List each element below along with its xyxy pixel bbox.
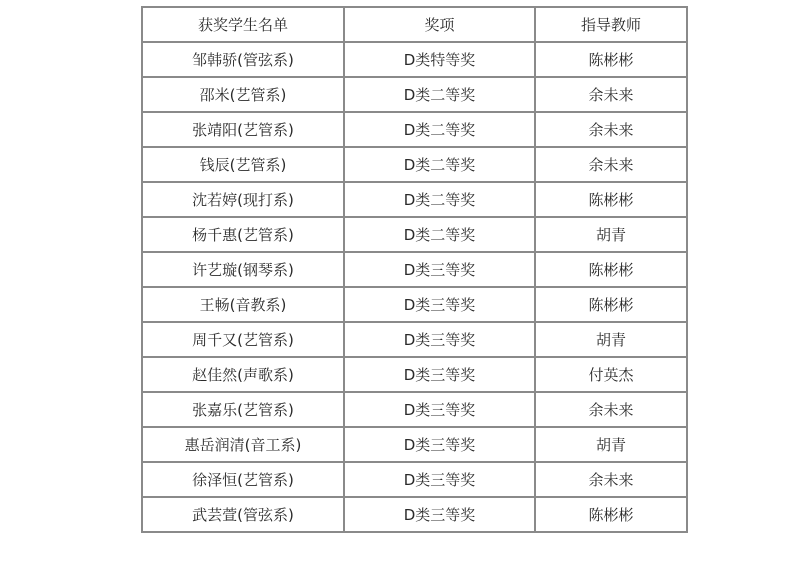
award-cell: D类三等奖 — [344, 497, 535, 532]
award-cell: D类三等奖 — [344, 357, 535, 392]
student-cell: 武芸萱(管弦系) — [142, 497, 344, 532]
teacher-cell: 余未来 — [535, 77, 687, 112]
table-row: 张靖阳(艺管系) D类二等奖 余未来 — [142, 112, 687, 147]
awards-table: 获奖学生名单 奖项 指导教师 邹韩骄(管弦系) D类特等奖 陈彬彬 邵米(艺管系… — [141, 6, 688, 533]
award-cell: D类二等奖 — [344, 112, 535, 147]
table-row: 周千又(艺管系) D类三等奖 胡青 — [142, 322, 687, 357]
student-cell: 王畅(音教系) — [142, 287, 344, 322]
student-cell: 钱辰(艺管系) — [142, 147, 344, 182]
teacher-cell: 胡青 — [535, 217, 687, 252]
header-student-list: 获奖学生名单 — [142, 7, 344, 42]
award-cell: D类二等奖 — [344, 182, 535, 217]
table-row: 徐泽恒(艺管系) D类三等奖 余未来 — [142, 462, 687, 497]
header-teacher: 指导教师 — [535, 7, 687, 42]
table-row: 张嘉乐(艺管系) D类三等奖 余未来 — [142, 392, 687, 427]
table-row: 惠岳润清(音工系) D类三等奖 胡青 — [142, 427, 687, 462]
student-cell: 张靖阳(艺管系) — [142, 112, 344, 147]
header-award: 奖项 — [344, 7, 535, 42]
student-cell: 周千又(艺管系) — [142, 322, 344, 357]
teacher-cell: 陈彬彬 — [535, 252, 687, 287]
award-cell: D类三等奖 — [344, 287, 535, 322]
award-cell: D类三等奖 — [344, 462, 535, 497]
student-cell: 邹韩骄(管弦系) — [142, 42, 344, 77]
award-cell: D类三等奖 — [344, 392, 535, 427]
table-header-row: 获奖学生名单 奖项 指导教师 — [142, 7, 687, 42]
student-cell: 惠岳润清(音工系) — [142, 427, 344, 462]
teacher-cell: 胡青 — [535, 427, 687, 462]
student-cell: 徐泽恒(艺管系) — [142, 462, 344, 497]
award-cell: D类二等奖 — [344, 217, 535, 252]
teacher-cell: 胡青 — [535, 322, 687, 357]
award-cell: D类三等奖 — [344, 427, 535, 462]
table-row: 钱辰(艺管系) D类二等奖 余未来 — [142, 147, 687, 182]
student-cell: 张嘉乐(艺管系) — [142, 392, 344, 427]
award-cell: D类三等奖 — [344, 252, 535, 287]
award-cell: D类特等奖 — [344, 42, 535, 77]
teacher-cell: 余未来 — [535, 112, 687, 147]
teacher-cell: 付英杰 — [535, 357, 687, 392]
table-row: 沈若婷(现打系) D类二等奖 陈彬彬 — [142, 182, 687, 217]
teacher-cell: 余未来 — [535, 147, 687, 182]
student-cell: 赵佳然(声歌系) — [142, 357, 344, 392]
table-row: 王畅(音教系) D类三等奖 陈彬彬 — [142, 287, 687, 322]
award-cell: D类二等奖 — [344, 147, 535, 182]
teacher-cell: 陈彬彬 — [535, 497, 687, 532]
table-row: 邹韩骄(管弦系) D类特等奖 陈彬彬 — [142, 42, 687, 77]
table-row: 武芸萱(管弦系) D类三等奖 陈彬彬 — [142, 497, 687, 532]
teacher-cell: 陈彬彬 — [535, 182, 687, 217]
table-row: 杨千惠(艺管系) D类二等奖 胡青 — [142, 217, 687, 252]
teacher-cell: 陈彬彬 — [535, 287, 687, 322]
award-cell: D类二等奖 — [344, 77, 535, 112]
table-row: 赵佳然(声歌系) D类三等奖 付英杰 — [142, 357, 687, 392]
student-cell: 许艺璇(钢琴系) — [142, 252, 344, 287]
teacher-cell: 余未来 — [535, 392, 687, 427]
award-cell: D类三等奖 — [344, 322, 535, 357]
student-cell: 沈若婷(现打系) — [142, 182, 344, 217]
student-cell: 邵米(艺管系) — [142, 77, 344, 112]
teacher-cell: 陈彬彬 — [535, 42, 687, 77]
student-cell: 杨千惠(艺管系) — [142, 217, 344, 252]
table-row: 邵米(艺管系) D类二等奖 余未来 — [142, 77, 687, 112]
teacher-cell: 余未来 — [535, 462, 687, 497]
table-row: 许艺璇(钢琴系) D类三等奖 陈彬彬 — [142, 252, 687, 287]
